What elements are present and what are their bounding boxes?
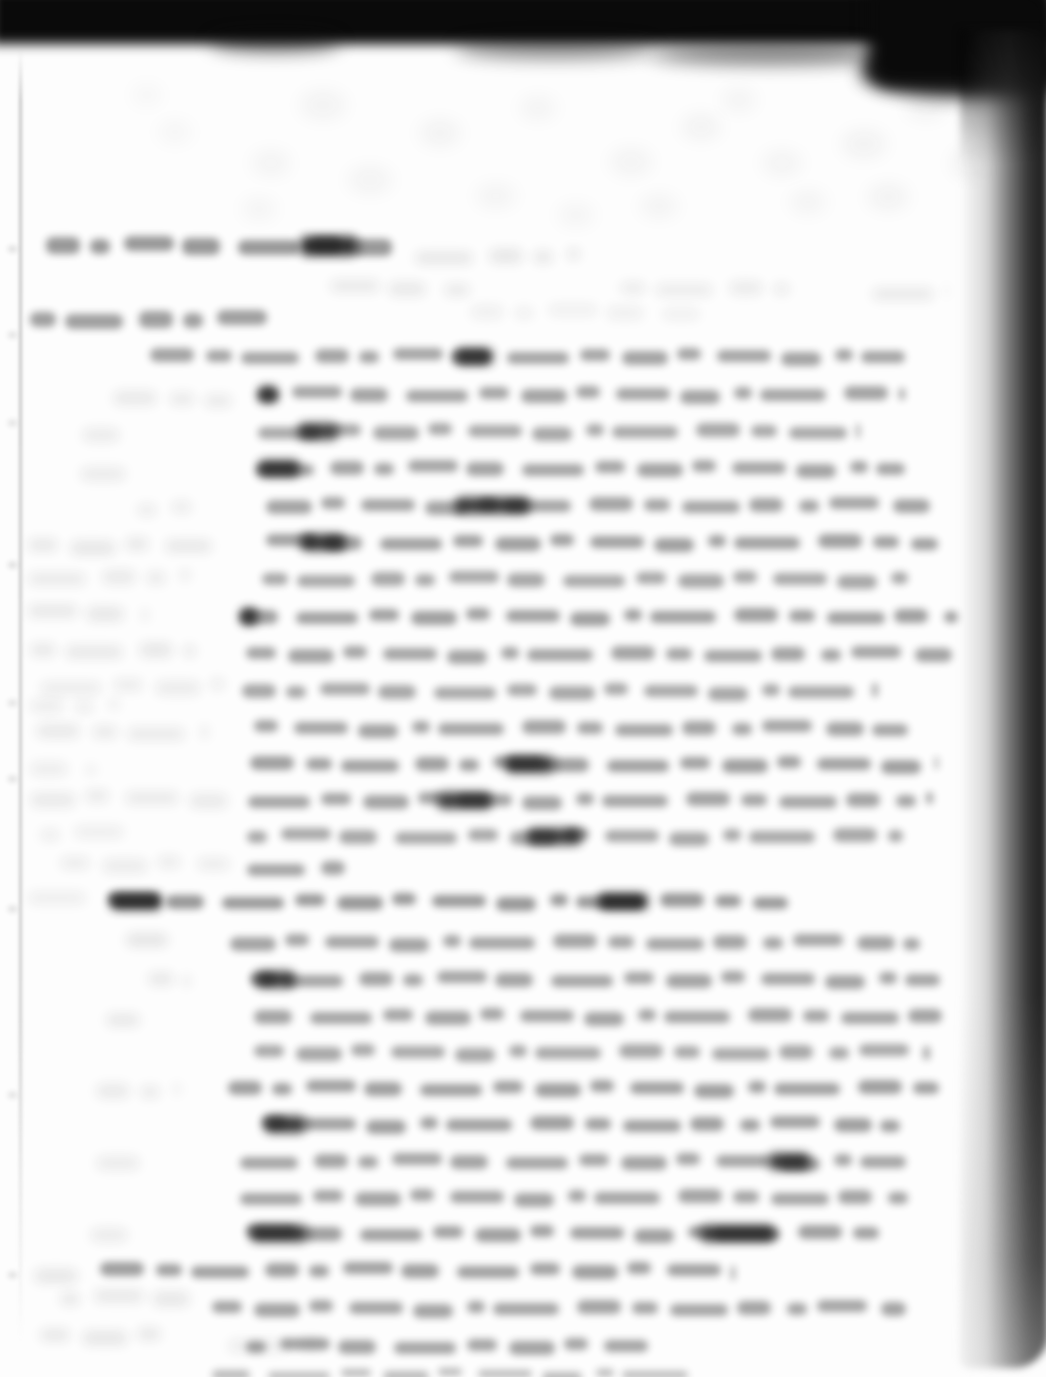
ink-smudge-line bbox=[596, 1369, 614, 1377]
ghost-smudge-line bbox=[655, 284, 713, 296]
ink-smudge-line bbox=[394, 1342, 456, 1354]
bleedthrough-patch bbox=[790, 192, 826, 212]
ink-smudge-line bbox=[881, 1302, 906, 1316]
ink-smudge-line bbox=[506, 1157, 568, 1169]
ghost-smudge-line bbox=[470, 305, 504, 319]
ink-smudge-line bbox=[281, 828, 331, 840]
ink-smudge-line bbox=[411, 611, 457, 625]
ink-smudge-line bbox=[392, 893, 416, 905]
ink-smudge-line bbox=[522, 720, 566, 734]
ink-smudge-line bbox=[493, 1303, 559, 1315]
page-curl-shadow-band bbox=[960, 30, 1048, 1368]
ghost-smudge-line bbox=[80, 467, 126, 481]
ink-smudge-line bbox=[879, 972, 897, 984]
ink-smudge-line bbox=[846, 793, 880, 807]
ink-smudge-line bbox=[851, 646, 901, 658]
ink-smudge-line bbox=[740, 1119, 760, 1131]
ink-smudge-line bbox=[676, 1153, 700, 1165]
ink-smudge-line bbox=[495, 537, 541, 551]
ink-smudge-line bbox=[636, 572, 666, 584]
ink-smudge-line bbox=[616, 388, 670, 400]
ink-smudge-line bbox=[343, 1262, 393, 1274]
ink-smudge-line bbox=[634, 1229, 674, 1243]
bleedthrough-patch bbox=[842, 132, 886, 156]
ink-smudge-line bbox=[479, 387, 509, 399]
ink-smudge-line bbox=[401, 1264, 439, 1278]
ink-smudge-line bbox=[829, 497, 879, 509]
ink-smudge-line bbox=[438, 723, 504, 735]
ink-smudge-line bbox=[459, 759, 479, 771]
ink-smudge-line bbox=[306, 1080, 356, 1092]
ghost-smudge-line bbox=[201, 725, 208, 739]
bleedthrough-patch bbox=[242, 200, 276, 218]
bleedthrough-patch bbox=[762, 152, 802, 174]
ink-smudge-line bbox=[468, 829, 498, 841]
ink-smudge-line bbox=[787, 1303, 807, 1315]
ink-smudge-line bbox=[763, 937, 783, 949]
ink-smudge-line bbox=[383, 1009, 413, 1021]
ghost-smudge-line bbox=[157, 856, 181, 868]
ink-smudge-line bbox=[363, 795, 409, 809]
scan-band-blob bbox=[210, 34, 340, 52]
ink-smudge-line bbox=[774, 1083, 840, 1095]
ink-smudge-line bbox=[615, 724, 673, 736]
ink-smudge-line bbox=[530, 1225, 554, 1237]
ghost-smudge-line bbox=[70, 541, 116, 555]
ink-smudge-line bbox=[690, 1117, 724, 1131]
ink-smudge-line bbox=[779, 796, 837, 808]
ink-smudge-line-bold bbox=[598, 893, 648, 910]
ghost-smudge-line bbox=[96, 1156, 140, 1170]
ghost-smudge-line bbox=[180, 569, 190, 581]
ink-smudge-line bbox=[604, 1340, 648, 1352]
scan-band-blob bbox=[650, 44, 890, 64]
ink-smudge-line bbox=[646, 938, 704, 950]
ink-smudge-line bbox=[378, 685, 416, 699]
ghost-smudge-line bbox=[113, 391, 157, 405]
ink-smudge-line bbox=[781, 352, 821, 366]
ink-smudge-line bbox=[644, 685, 698, 697]
ink-smudge-line bbox=[770, 1116, 820, 1128]
ink-smudge-line bbox=[406, 390, 468, 402]
ink-smudge-line bbox=[415, 574, 435, 586]
page-edge-mark bbox=[8, 776, 17, 782]
ink-smudge-line bbox=[669, 832, 709, 846]
ghost-smudge-line bbox=[30, 762, 68, 776]
ghost-smudge-line bbox=[60, 857, 90, 869]
ink-smudge-line bbox=[295, 894, 325, 906]
ink-smudge-line-bold bbox=[264, 1116, 306, 1133]
ink-smudge-line bbox=[570, 612, 610, 626]
ink-smudge-line bbox=[861, 351, 905, 363]
ink-smudge-line bbox=[923, 1046, 930, 1060]
ink-smudge-line bbox=[246, 1341, 266, 1353]
ink-smudge-line-bold bbox=[300, 534, 346, 551]
ink-smudge-line bbox=[829, 1047, 849, 1059]
ghost-smudge-line bbox=[548, 304, 598, 316]
ink-smudge-line bbox=[359, 972, 393, 986]
ink-smudge-line bbox=[364, 1082, 402, 1096]
page-edge-mark bbox=[8, 332, 17, 338]
ghost-smudge-line bbox=[94, 1290, 144, 1302]
ink-smudge-line bbox=[294, 722, 348, 734]
ink-smudge-line bbox=[302, 1118, 356, 1130]
ink-smudge-line bbox=[247, 864, 305, 876]
ink-smudge-line bbox=[789, 610, 815, 622]
ink-smudge-line bbox=[762, 720, 812, 732]
ghost-smudge-line bbox=[28, 892, 86, 904]
ink-smudge-line bbox=[248, 796, 310, 808]
ghost-smudge-line bbox=[127, 728, 185, 740]
ink-smudge-line bbox=[495, 973, 533, 987]
ink-smudge-line bbox=[860, 1156, 906, 1168]
scanned-document-page bbox=[0, 0, 1062, 1377]
ink-smudge-line bbox=[254, 1045, 284, 1057]
ink-smudge-line bbox=[837, 575, 877, 589]
ink-smudge-line bbox=[247, 831, 267, 843]
ghost-smudge-line bbox=[126, 934, 168, 946]
ghost-smudge-line bbox=[102, 570, 136, 584]
ghost-smudge-line bbox=[40, 682, 102, 694]
page-edge-mark bbox=[8, 700, 17, 706]
page-edge-mark bbox=[8, 1092, 17, 1098]
ink-smudge-line bbox=[737, 1301, 771, 1315]
ink-smudge-line bbox=[838, 1190, 872, 1204]
ink-smudge-line-bold bbox=[455, 348, 493, 365]
ink-smudge-line bbox=[389, 938, 429, 952]
ink-smudge-line-bold bbox=[258, 386, 278, 403]
ink-smudge-line bbox=[309, 1265, 329, 1277]
ink-smudge-line bbox=[896, 795, 916, 807]
ink-smudge-line bbox=[789, 427, 847, 439]
ink-smudge-line bbox=[722, 759, 768, 773]
ink-smudge-line bbox=[666, 648, 692, 660]
ink-smudge-line bbox=[341, 760, 399, 772]
ink-smudge-line bbox=[734, 537, 800, 549]
ink-smudge-line bbox=[580, 349, 610, 361]
ghost-smudge-line bbox=[40, 1329, 70, 1341]
ink-smudge-line bbox=[903, 938, 920, 950]
page-edge-mark bbox=[8, 1272, 17, 1278]
ink-smudge-line bbox=[550, 534, 574, 546]
ink-smudge-line-bold bbox=[258, 460, 300, 477]
ghost-smudge-line bbox=[86, 764, 96, 776]
ink-smudge-line bbox=[779, 1045, 813, 1059]
ink-smudge-line bbox=[577, 1300, 621, 1314]
ink-smudge-line bbox=[366, 1120, 406, 1134]
ink-smudge-line bbox=[262, 573, 288, 585]
ghost-smudge-line bbox=[82, 428, 120, 442]
ink-smudge-line bbox=[692, 460, 716, 472]
ink-smudge-line bbox=[888, 830, 903, 842]
ink-smudge-line-bold bbox=[437, 792, 492, 809]
ink-smudge-line bbox=[373, 426, 419, 440]
ink-smudge-line bbox=[584, 1012, 624, 1026]
ink-smudge-line bbox=[944, 611, 958, 623]
ink-smudge-line bbox=[570, 1227, 624, 1239]
ink-smudge-line bbox=[715, 895, 741, 907]
ink-smudge-line bbox=[670, 1304, 728, 1316]
ink-smudge-line bbox=[926, 792, 933, 804]
ghost-smudge-line bbox=[108, 698, 120, 710]
ink-smudge-line bbox=[338, 1340, 376, 1354]
ink-smudge-line bbox=[309, 1300, 333, 1312]
ink-smudge-line bbox=[228, 1081, 262, 1095]
ink-smudge-line bbox=[760, 389, 826, 401]
ink-smudge-line bbox=[579, 1154, 609, 1166]
ghost-smudge-line bbox=[174, 1083, 180, 1095]
ghost-smudge-line bbox=[74, 826, 124, 838]
ink-smudge-line bbox=[834, 1118, 872, 1132]
ink-smudge-line bbox=[420, 1117, 438, 1129]
ink-smudge-line bbox=[608, 936, 634, 948]
ink-smudge-line bbox=[30, 312, 56, 327]
ghost-smudge-line bbox=[86, 607, 124, 621]
ghost-smudge-line bbox=[662, 308, 700, 320]
bleedthrough-patch bbox=[558, 206, 594, 224]
ink-smudge-line bbox=[467, 1301, 485, 1313]
ink-smudge-line bbox=[150, 348, 194, 362]
ink-smudge-line bbox=[624, 609, 642, 621]
ghost-smudge-line bbox=[171, 501, 192, 513]
ink-smudge-line bbox=[437, 971, 487, 983]
bleedthrough-patch bbox=[722, 90, 756, 110]
bleedthrough-patch bbox=[640, 196, 678, 216]
ink-smudge-line bbox=[771, 1193, 829, 1205]
ghost-smudge-line bbox=[146, 572, 166, 584]
ink-smudge-line bbox=[321, 497, 345, 509]
ink-smudge-line bbox=[241, 352, 299, 364]
ink-smudge-line bbox=[762, 684, 780, 696]
ink-smudge-line bbox=[704, 650, 762, 662]
ink-smudge-line bbox=[522, 464, 584, 476]
ink-smudge-line bbox=[748, 1081, 766, 1093]
ghost-smudge-line bbox=[388, 282, 426, 296]
ink-smudge-line bbox=[753, 897, 788, 909]
ink-smudge-line bbox=[358, 724, 398, 738]
ghost-smudge-line bbox=[773, 283, 790, 295]
ink-smudge-line bbox=[708, 687, 748, 701]
ink-smudge-line bbox=[493, 1081, 523, 1093]
ink-smudge-line bbox=[296, 1047, 342, 1061]
ink-smudge-line bbox=[872, 683, 878, 697]
ink-smudge-line bbox=[859, 1044, 909, 1056]
ink-smudge-line bbox=[771, 647, 805, 661]
ink-smudge-line-bold bbox=[455, 497, 530, 514]
ghost-smudge-line bbox=[606, 306, 644, 320]
ink-smudge-line bbox=[798, 1225, 842, 1239]
ink-smudge-line bbox=[590, 1080, 614, 1092]
ink-smudge-line bbox=[542, 1372, 582, 1377]
ink-smudge-line bbox=[915, 648, 952, 662]
ink-smudge-line bbox=[330, 461, 364, 475]
ink-smudge-line bbox=[612, 426, 678, 438]
ink-smudge-line bbox=[853, 1227, 879, 1239]
ink-smudge-line bbox=[677, 348, 701, 360]
ink-smudge-line bbox=[217, 310, 267, 325]
scanner-bed-white-edge bbox=[1046, 0, 1062, 1377]
ink-smudge-line bbox=[834, 1154, 852, 1166]
shadow-vertical-fade bbox=[960, 30, 1048, 1368]
page-edge-mark bbox=[8, 420, 17, 426]
ink-smudge-line bbox=[254, 1303, 300, 1317]
ink-smudge-line bbox=[905, 974, 940, 986]
ink-smudge-line bbox=[374, 463, 394, 475]
ink-smudge-line bbox=[594, 1192, 660, 1204]
ink-smudge-line bbox=[911, 538, 938, 550]
ink-smudge-line bbox=[733, 1191, 759, 1203]
ink-smudge-line bbox=[586, 424, 604, 436]
ink-smudge-line bbox=[450, 1191, 504, 1203]
ink-smudge-line bbox=[576, 386, 600, 398]
ink-smudge-line bbox=[296, 612, 358, 624]
ink-smudge-line bbox=[723, 829, 741, 841]
ink-smudge-line bbox=[449, 571, 499, 583]
ghost-smudge-line bbox=[444, 284, 470, 296]
ghost-smudge-line bbox=[28, 573, 86, 585]
bleedthrough-patch bbox=[132, 86, 162, 104]
ghost-smudge-line bbox=[102, 859, 148, 873]
ink-smudge-line bbox=[285, 934, 309, 946]
ink-smudge-line bbox=[535, 1047, 601, 1059]
ghost-smudge-line bbox=[85, 790, 109, 802]
ink-smudge-line bbox=[880, 1120, 900, 1132]
ink-smudge-line bbox=[638, 1009, 656, 1021]
ink-smudge-line bbox=[286, 686, 306, 698]
ghost-smudge-line bbox=[125, 792, 179, 804]
ghost-smudge-line bbox=[330, 280, 380, 292]
ink-smudge-line bbox=[240, 1157, 298, 1169]
ghost-smudge-line bbox=[137, 1328, 161, 1340]
ink-smudge-line bbox=[876, 463, 905, 475]
ink-smudge-line bbox=[475, 1228, 521, 1242]
ink-smudge-line bbox=[410, 1189, 434, 1201]
ink-smudge-line bbox=[313, 1190, 343, 1202]
ink-smudge-line bbox=[254, 1010, 292, 1024]
ink-smudge-line bbox=[717, 350, 771, 362]
ink-smudge-line bbox=[682, 501, 740, 513]
ink-smudge-line bbox=[630, 1082, 684, 1094]
ghost-smudge-line bbox=[189, 794, 228, 808]
ink-smudge-line bbox=[358, 1156, 378, 1168]
ink-smudge-line bbox=[899, 388, 905, 400]
ghost-smudge-line bbox=[872, 288, 934, 300]
ink-smudge-line bbox=[680, 757, 710, 769]
ink-smudge-line bbox=[292, 386, 342, 398]
ghost-smudge-line bbox=[28, 539, 58, 551]
ink-smudge-line bbox=[124, 236, 174, 251]
ghost-smudge-line bbox=[210, 678, 225, 690]
ink-smudge-line bbox=[708, 535, 726, 547]
ink-smudge-line bbox=[65, 314, 123, 329]
ink-smudge-line bbox=[428, 423, 452, 435]
ink-smudge-line bbox=[624, 972, 654, 984]
ghost-smudge-line bbox=[36, 724, 80, 738]
ink-smudge-line bbox=[741, 794, 767, 806]
ink-smudge-line bbox=[835, 349, 853, 361]
ink-smudge-line bbox=[712, 1048, 770, 1060]
ink-smudge-line bbox=[577, 722, 603, 734]
bleedthrough-patch bbox=[520, 98, 556, 118]
ink-smudge-line bbox=[650, 611, 716, 623]
ghost-smudge-line bbox=[155, 681, 201, 695]
ink-smudge-line bbox=[893, 499, 930, 513]
ink-smudge-line bbox=[222, 897, 284, 909]
ink-smudge-line bbox=[265, 1263, 299, 1277]
ink-smudge-line bbox=[321, 793, 351, 805]
ink-smudge-line-bold bbox=[505, 756, 555, 773]
bleedthrough-patch bbox=[610, 150, 652, 174]
ink-smudge-line bbox=[304, 1227, 342, 1241]
ghost-smudge-line bbox=[183, 645, 196, 657]
ink-smudge-line bbox=[935, 757, 938, 769]
ink-smudge-line bbox=[622, 351, 668, 365]
ink-smudge-line bbox=[857, 936, 895, 950]
ink-smudge-line bbox=[530, 1263, 560, 1275]
ink-smudge-line bbox=[288, 649, 334, 663]
ink-smudge-line bbox=[466, 608, 490, 620]
ink-smudge-line bbox=[412, 721, 430, 733]
ink-smudge-line bbox=[749, 498, 783, 512]
ink-smudge-line bbox=[369, 609, 399, 621]
ink-smudge-line bbox=[551, 975, 613, 987]
ghost-smudge-line bbox=[65, 646, 123, 658]
ink-smudge-line-bold bbox=[768, 1153, 810, 1170]
ghost-smudge-line bbox=[113, 679, 143, 691]
ink-smudge-line bbox=[457, 1266, 519, 1278]
ink-smudge-line bbox=[818, 534, 862, 548]
bleedthrough-patch bbox=[906, 96, 946, 118]
ink-smudge-line bbox=[522, 796, 562, 810]
ink-smudge-line bbox=[637, 463, 683, 477]
ink-smudge-line bbox=[799, 500, 819, 512]
ink-smudge-line bbox=[166, 895, 204, 909]
ghost-smudge-line bbox=[30, 699, 64, 713]
ink-smudge-line bbox=[891, 572, 908, 584]
ink-smudge-line bbox=[191, 1266, 249, 1278]
ink-smudge-line bbox=[721, 971, 745, 983]
ink-smudge-line bbox=[339, 830, 377, 844]
ghost-smudge-line bbox=[30, 793, 76, 807]
ink-smudge-line bbox=[733, 571, 757, 583]
ink-smudge-line bbox=[325, 936, 379, 948]
ink-smudge-line bbox=[393, 348, 443, 360]
ink-smudge-line bbox=[611, 646, 655, 660]
ink-smudge-line bbox=[551, 758, 589, 772]
ink-smudge-line bbox=[563, 575, 625, 587]
ink-smudge-line bbox=[660, 893, 704, 907]
ink-smudge-line bbox=[732, 723, 752, 735]
ghost-smudge-line bbox=[30, 644, 56, 656]
ink-smudge-line bbox=[632, 1302, 658, 1314]
ink-smudge-line bbox=[46, 237, 80, 254]
ink-smudge-line bbox=[509, 1045, 527, 1057]
ghost-smudge-line bbox=[514, 307, 534, 319]
ghost-smudge-line bbox=[140, 1086, 160, 1098]
ink-smudge-line-bold bbox=[298, 423, 338, 440]
ink-smudge-line bbox=[297, 575, 355, 587]
ink-smudge-line bbox=[321, 861, 345, 875]
ink-smudge-line bbox=[403, 974, 423, 986]
ghost-smudge-line bbox=[137, 504, 157, 516]
ink-smudge-line bbox=[833, 828, 877, 842]
ink-smudge-line bbox=[506, 610, 560, 622]
bleedthrough-patch bbox=[682, 116, 720, 138]
ghost-smudge-line bbox=[533, 251, 553, 263]
ink-smudge-line bbox=[622, 1371, 688, 1377]
ink-smudge-line-bold bbox=[527, 828, 582, 845]
ink-smudge-line bbox=[268, 1372, 330, 1377]
